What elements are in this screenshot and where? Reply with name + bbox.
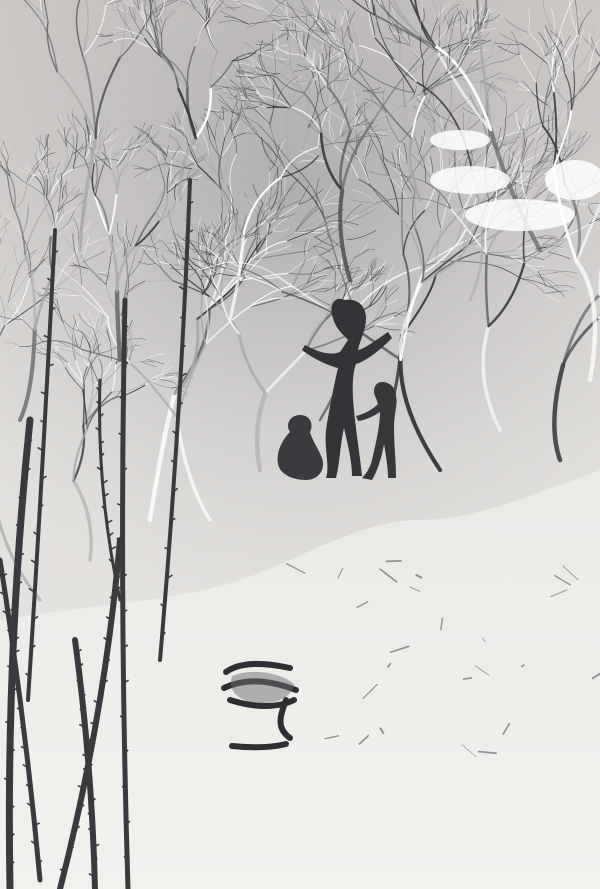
snow-thicket-artwork: [0, 0, 600, 889]
snow-clump: [430, 166, 510, 194]
artwork-canvas: [0, 0, 600, 889]
snow-clump: [465, 199, 575, 231]
snow-clump: [430, 130, 490, 150]
